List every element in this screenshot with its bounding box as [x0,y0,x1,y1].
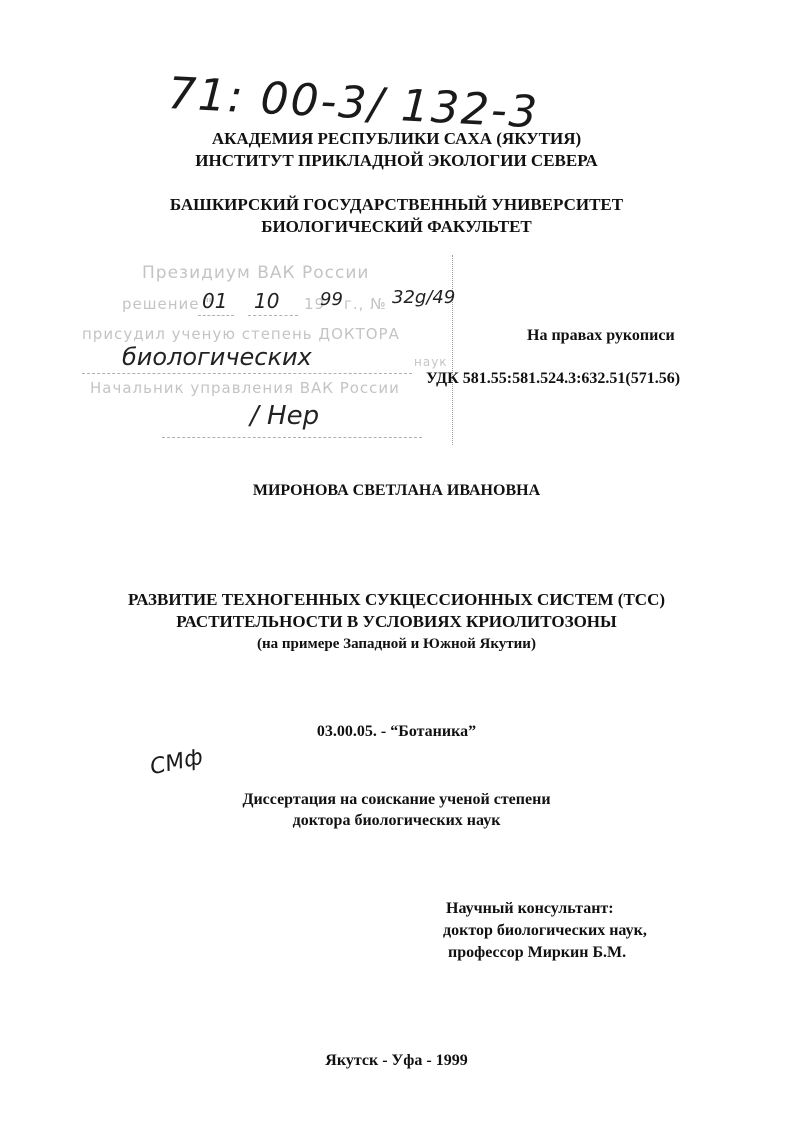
org-faculty: БИОЛОГИЧЕСКИЙ ФАКУЛЬТЕТ [0,216,793,238]
vak-stamp: Президиум ВАК России решение " 01 10 19 … [82,255,453,445]
org-institute: ИНСТИТУТ ПРИКЛАДНОЙ ЭКОЛОГИИ СЕВЕРА [0,150,793,172]
stamp-presidium: Президиум ВАК России [142,263,512,283]
degree-line-2: доктора биологических наук [0,810,793,832]
stamp-year: 99 [320,289,343,310]
consultant-name: профессор Миркин Б.М. [448,942,626,964]
stamp-day: 01 [202,289,227,313]
stamp-number: 32g/49 [392,287,455,308]
stamp-month: 10 [254,289,279,313]
stamp-degree-awarded: присудил ученую степень ДОКТОРА [82,325,452,343]
org-university: БАШКИРСКИЙ ГОСУДАРСТВЕННЫЙ УНИВЕРСИТЕТ [0,194,793,216]
org-academy: АКАДЕМИЯ РЕСПУБЛИКИ САХА (ЯКУТИЯ) [0,128,793,150]
stamp-number-prefix: г., № [344,295,387,313]
specialty-code: 03.00.05. - “Ботаника” [0,721,793,743]
consultant-degree: доктор биологических наук, [443,920,647,942]
stamp-signature: / Нер [250,401,319,431]
stamp-head-of-dept: Начальник управления ВАК России [90,379,460,397]
title-line-1: РАЗВИТИЕ ТЕХНОГЕННЫХ СУКЦЕССИОННЫХ СИСТЕ… [0,589,793,611]
stamp-field-suffix: наук [414,355,448,369]
stamp-field: биологических [122,343,312,371]
udk-code: УДК 581.55:581.524.3:632.51(571.56) [426,368,680,390]
rights-label: На правах рукописи [527,325,675,347]
title-subtitle: (на примере Западной и Южной Якутии) [0,634,793,654]
title-line-2: РАСТИТЕЛЬНОСТИ В УСЛОВИЯХ КРИОЛИТОЗОНЫ [0,611,793,633]
margin-signature: СМф [148,745,205,781]
author-name: МИРОНОВА СВЕТЛАНА ИВАНОВНА [0,480,793,502]
place-year: Якутск - Уфа - 1999 [0,1050,793,1072]
consultant-label: Научный консультант: [446,898,614,920]
degree-line-1: Диссертация на соискание ученой степени [0,789,793,811]
